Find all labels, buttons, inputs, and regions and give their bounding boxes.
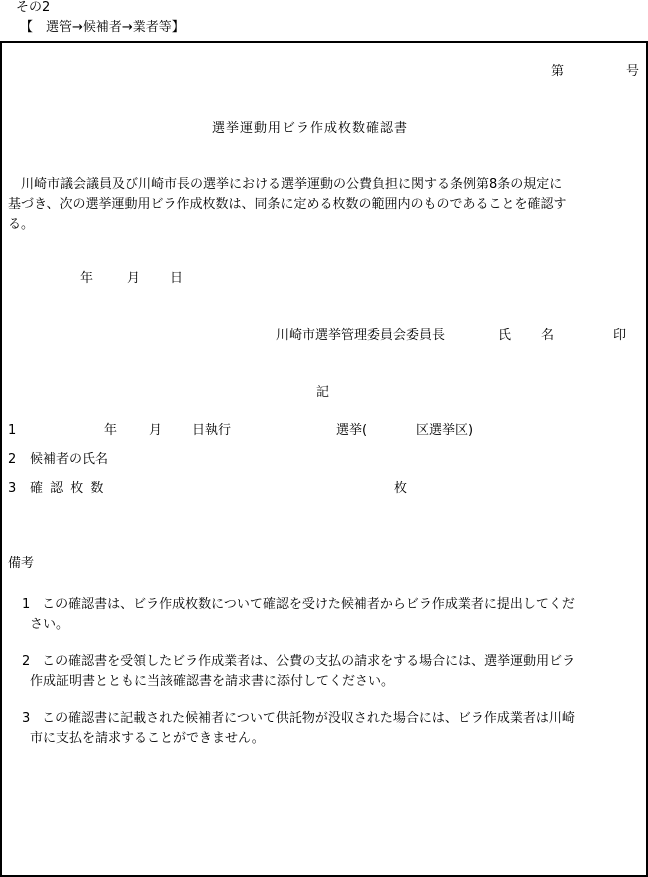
item-1-day-exec: 日執行 — [192, 423, 231, 439]
item-2-label: 候補者の氏名 — [30, 452, 108, 468]
document-title: 選挙運動用ビラ作成枚数確認書 — [212, 121, 408, 137]
remark-note-2: 2 この確認書を受領したビラ作成業者は、公費の支払の請求をする場合には、選挙運動… — [22, 652, 640, 692]
remark-2-line1: この確認書を受領したビラ作成業者は、公費の支払の請求をする場合には、選挙運動用ビ… — [42, 654, 575, 669]
remarks-heading: 備考 — [8, 556, 34, 572]
date-year: 年 — [80, 271, 93, 287]
date-day: 日 — [170, 271, 183, 287]
remark-3-num: 3 — [22, 709, 38, 729]
item-3-label: 確 認 枚 数 — [30, 481, 103, 497]
issuer-title: 川崎市選挙管理委員会委員長 — [276, 328, 445, 344]
body-line-1: 川崎市議会議員及び川崎市長の選挙における選挙運動の公費負担に関する条例第8条の規… — [8, 175, 640, 195]
ki-heading: 記 — [316, 385, 329, 401]
remark-1-line1: この確認書は、ビラ作成枚数について確認を受けた候補者からビラ作成業者に提出してく… — [42, 597, 575, 612]
remark-note-3: 3 この確認書に記載された候補者について供託物が没収された場合には、ビラ作成業者… — [22, 709, 640, 749]
date-month: 月 — [127, 271, 140, 287]
remark-3-line1: この確認書に記載された候補者について供託物が没収された場合には、ビラ作成業者は川… — [42, 711, 575, 726]
remark-1-num: 1 — [22, 595, 38, 615]
item-1-month: 月 — [149, 423, 162, 439]
item-3-unit: 枚 — [394, 481, 407, 497]
body-line-3: る。 — [8, 215, 640, 235]
part-label: その2 — [16, 0, 50, 16]
body-line-2: 基づき、次の選挙運動用ビラ作成枚数は、同条に定める枚数の範囲内のものであることを… — [8, 195, 640, 215]
item-1-year: 年 — [104, 423, 117, 439]
item-3-num: 3 — [8, 481, 16, 497]
issuer-name-label-2: 名 — [541, 328, 554, 344]
issuer-name-label-1: 氏 — [498, 328, 511, 344]
item-1-district: 区選挙区) — [416, 423, 473, 439]
item-2-num: 2 — [8, 452, 16, 468]
item-1-num: 1 — [8, 423, 16, 439]
body-text: 川崎市議会議員及び川崎市長の選挙における選挙運動の公費負担に関する条例第8条の規… — [8, 175, 640, 235]
remark-1-line2: さい。 — [22, 615, 640, 635]
remark-3-line2: 市に支払を請求することができません。 — [22, 729, 640, 749]
remark-2-num: 2 — [22, 652, 38, 672]
item-1-election: 選挙( — [336, 423, 367, 439]
seal-mark: 印 — [613, 328, 626, 344]
doc-number-suffix: 号 — [626, 64, 639, 80]
remark-2-line2: 作成証明書とともに当該確認書を請求書に添付してください。 — [22, 672, 640, 692]
route-label: 【 選管→候補者→業者等】 — [20, 20, 185, 36]
remark-note-1: 1 この確認書は、ビラ作成枚数について確認を受けた候補者からビラ作成業者に提出し… — [22, 595, 640, 635]
doc-number-prefix: 第 — [551, 64, 564, 80]
